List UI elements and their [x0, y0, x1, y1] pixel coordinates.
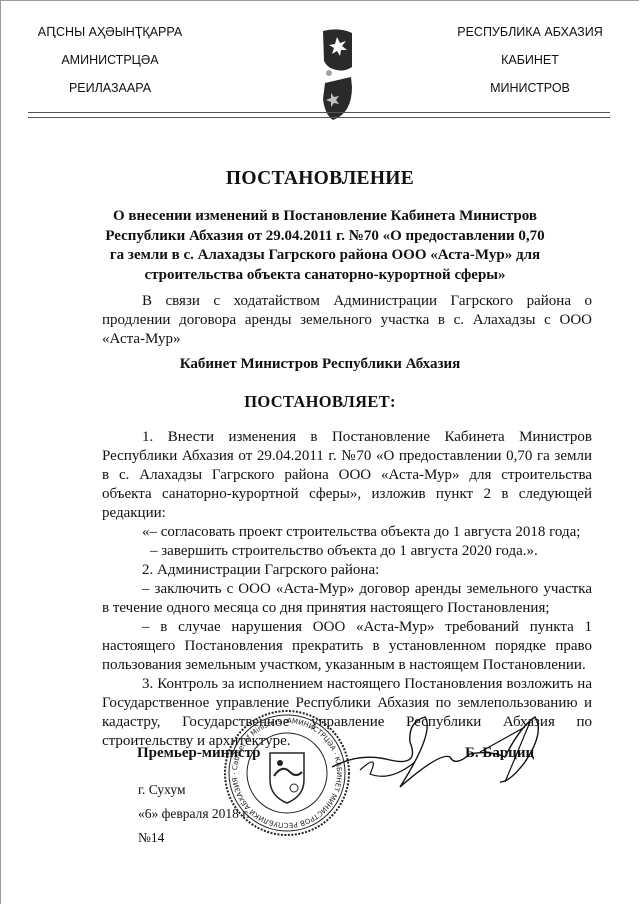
- letterhead-divider: [28, 112, 610, 118]
- item-1: 1. Внести изменения в Постановление Каби…: [102, 428, 592, 523]
- city: г. Сухум: [138, 782, 186, 798]
- item-1-quote-1: «– согласовать проект строительства объе…: [102, 523, 592, 542]
- item-2-b: – в случае нарушения ООО «Аста-Мур» треб…: [102, 618, 592, 675]
- letterhead-line: АМИНИСТРЦӘА: [30, 52, 190, 80]
- document-number: №14: [138, 830, 164, 846]
- preamble: В связи с ходатайством Администрации Гаг…: [102, 292, 592, 349]
- document-subtitle: О внесении изменений в Постановление Каб…: [100, 207, 550, 285]
- letterhead-abkhaz: АԤСНЫ АҲӘЫНҬҚАРРА АМИНИСТРЦӘА РЕИЛАЗААРА: [30, 24, 190, 108]
- document-title: ПОСТАНОВЛЕНИЕ: [0, 168, 640, 190]
- item-2: 2. Администрации Гагрского района:: [102, 561, 592, 580]
- letterhead-line: КАБИНЕТ: [450, 52, 610, 80]
- resolution-body: 1. Внести изменения в Постановление Каби…: [102, 428, 592, 751]
- preamble-text: В связи с ходатайством Администрации Гаг…: [102, 292, 592, 349]
- item-1-quote-2: – завершить строительство объекта до 1 а…: [102, 542, 592, 561]
- resolves-heading: ПОСТАНОВЛЯЕТ:: [0, 392, 640, 412]
- letterhead-line: АԤСНЫ АҲӘЫНҬҚАРРА: [30, 24, 190, 52]
- letterhead-russian: РЕСПУБЛИКА АБХАЗИЯ КАБИНЕТ МИНИСТРОВ: [450, 24, 610, 108]
- letterhead-line: МИНИСТРОВ: [450, 80, 610, 108]
- item-2-a: – заключить с ООО «Аста-Мур» договор аре…: [102, 580, 592, 618]
- letterhead-line: РЕСПУБЛИКА АБХАЗИЯ: [450, 24, 610, 52]
- state-emblem-icon: [319, 27, 354, 122]
- issuer: Кабинет Министров Республики Абхазия: [0, 356, 640, 373]
- handwritten-signature-icon: [330, 712, 560, 807]
- letterhead-line: РЕИЛАЗААРА: [30, 80, 190, 108]
